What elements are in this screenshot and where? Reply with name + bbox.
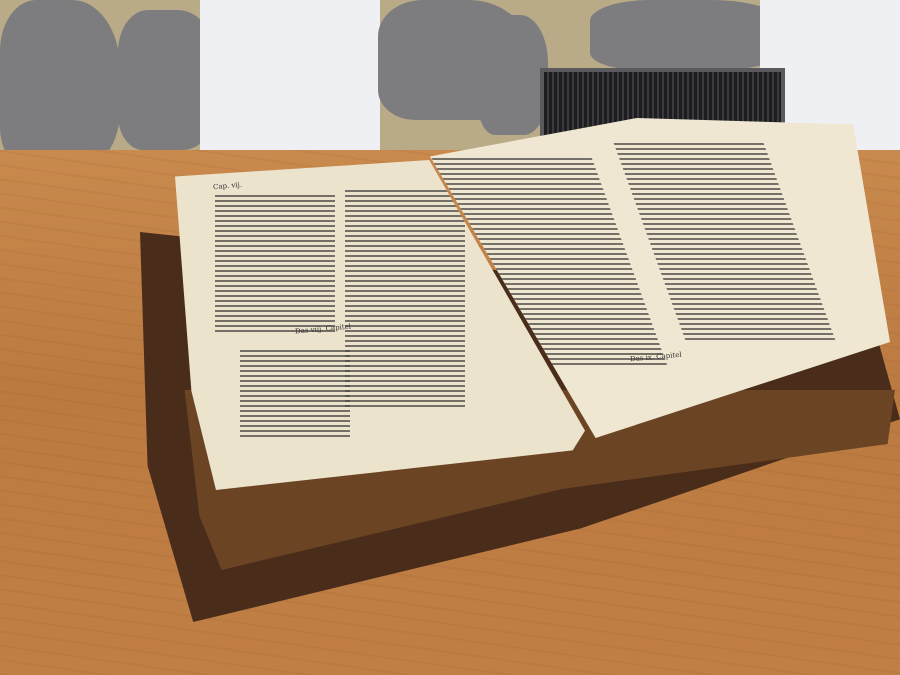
stone [478,15,548,135]
text-column [345,190,465,410]
plaster-panel [200,0,380,165]
stone [0,0,120,170]
text-column [240,350,350,440]
text-column [215,195,335,335]
running-head: Cap. vij. [213,181,243,192]
